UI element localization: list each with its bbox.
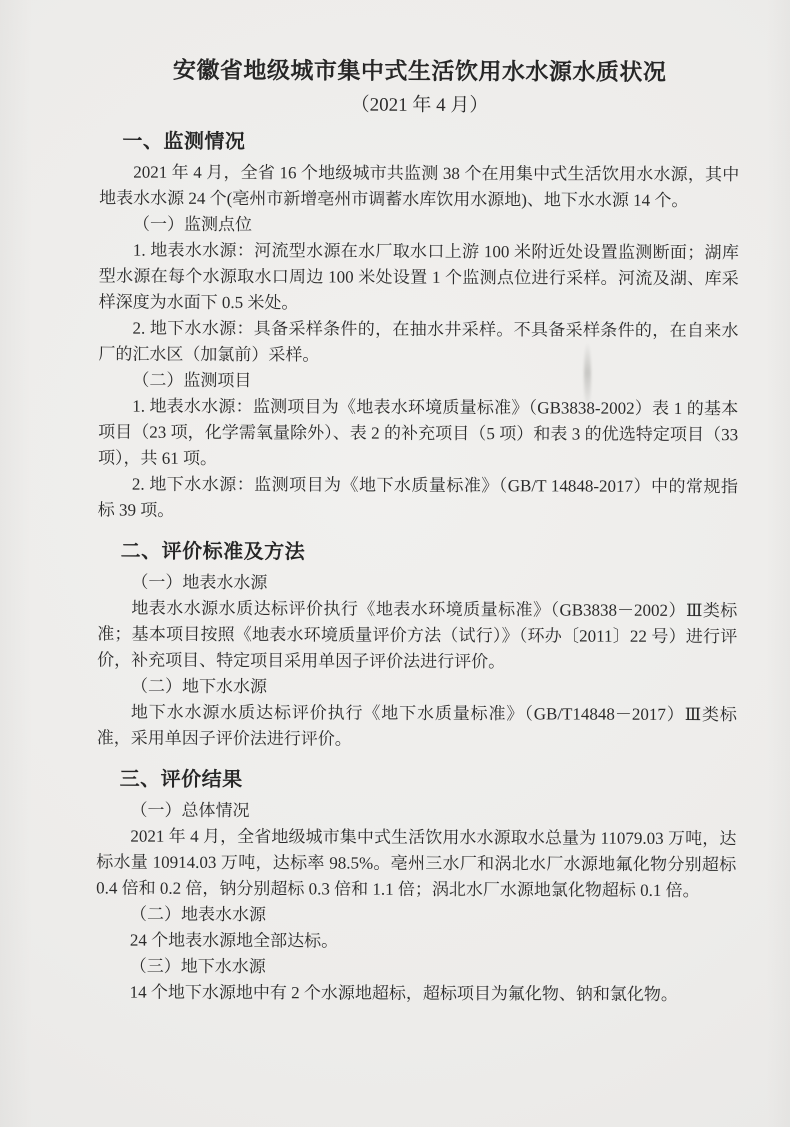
- paragraph: 2. 地下水水源：具备采样条件的，在抽水井采样。不具备采样条件的，在自来水厂的汇…: [98, 315, 738, 370]
- paragraph: 地下水水源水质达标评价执行《地下水质量标准》（GB/T14848－2017）Ⅲ类…: [97, 699, 737, 754]
- paragraph: 1. 地表水水源：河流型水源在水厂取水口上游 100 米附近处设置监测断面；湖库…: [99, 237, 739, 318]
- document-title: 安徽省地级城市集中式生活饮用水水源水质状况: [100, 54, 740, 87]
- sub-heading: （一）总体情况: [96, 797, 736, 826]
- sub-heading: （二）监测项目: [98, 367, 738, 396]
- scan-dot-artifact: [193, 223, 196, 226]
- scanned-document: { "colors": { "paper": "#edecea", "text"…: [0, 0, 790, 1127]
- paragraph: 2. 地下水水源：监测项目为《地下水质量标准》（GB/T 14848-2017）…: [98, 471, 738, 526]
- paragraph: 14 个地下水源地中有 2 个水源地超标，超标项目为氟化物、钠和氯化物。: [96, 979, 736, 1008]
- sub-heading: （三）地下水水源: [96, 953, 736, 982]
- paragraph: 24 个地表水源地全部达标。: [96, 927, 736, 956]
- paragraph: 2021 年 4 月，全省 16 个地级城市共监测 38 个在用集中式生活饮用水…: [99, 159, 739, 214]
- sub-heading: （二）地下水水源: [97, 673, 737, 702]
- section-heading-3: 三、评价结果: [97, 764, 737, 797]
- section-heading-1: 一、监测情况: [99, 126, 739, 159]
- section-heading-2: 二、评价标准及方法: [98, 536, 738, 569]
- paragraph: 1. 地表水水源：监测项目为《地表水环境质量标准》（GB3838-2002）表 …: [98, 393, 738, 474]
- sub-heading: （一）地表水水源: [97, 569, 737, 598]
- scan-smudge-artifact: [584, 342, 591, 410]
- sub-heading: （二）地表水水源: [96, 901, 736, 930]
- document-page: 安徽省地级城市集中式生活饮用水水源水质状况 （2021 年 4 月） 一、监测情…: [0, 0, 790, 1008]
- paragraph: 2021 年 4 月，全省地级城市集中式生活饮用水水源取水总量为 11079.0…: [96, 823, 736, 904]
- paragraph: 地表水水源水质达标评价执行《地表水环境质量标准》（GB3838－2002）Ⅲ类标…: [97, 595, 737, 676]
- document-subtitle: （2021 年 4 月）: [99, 91, 739, 120]
